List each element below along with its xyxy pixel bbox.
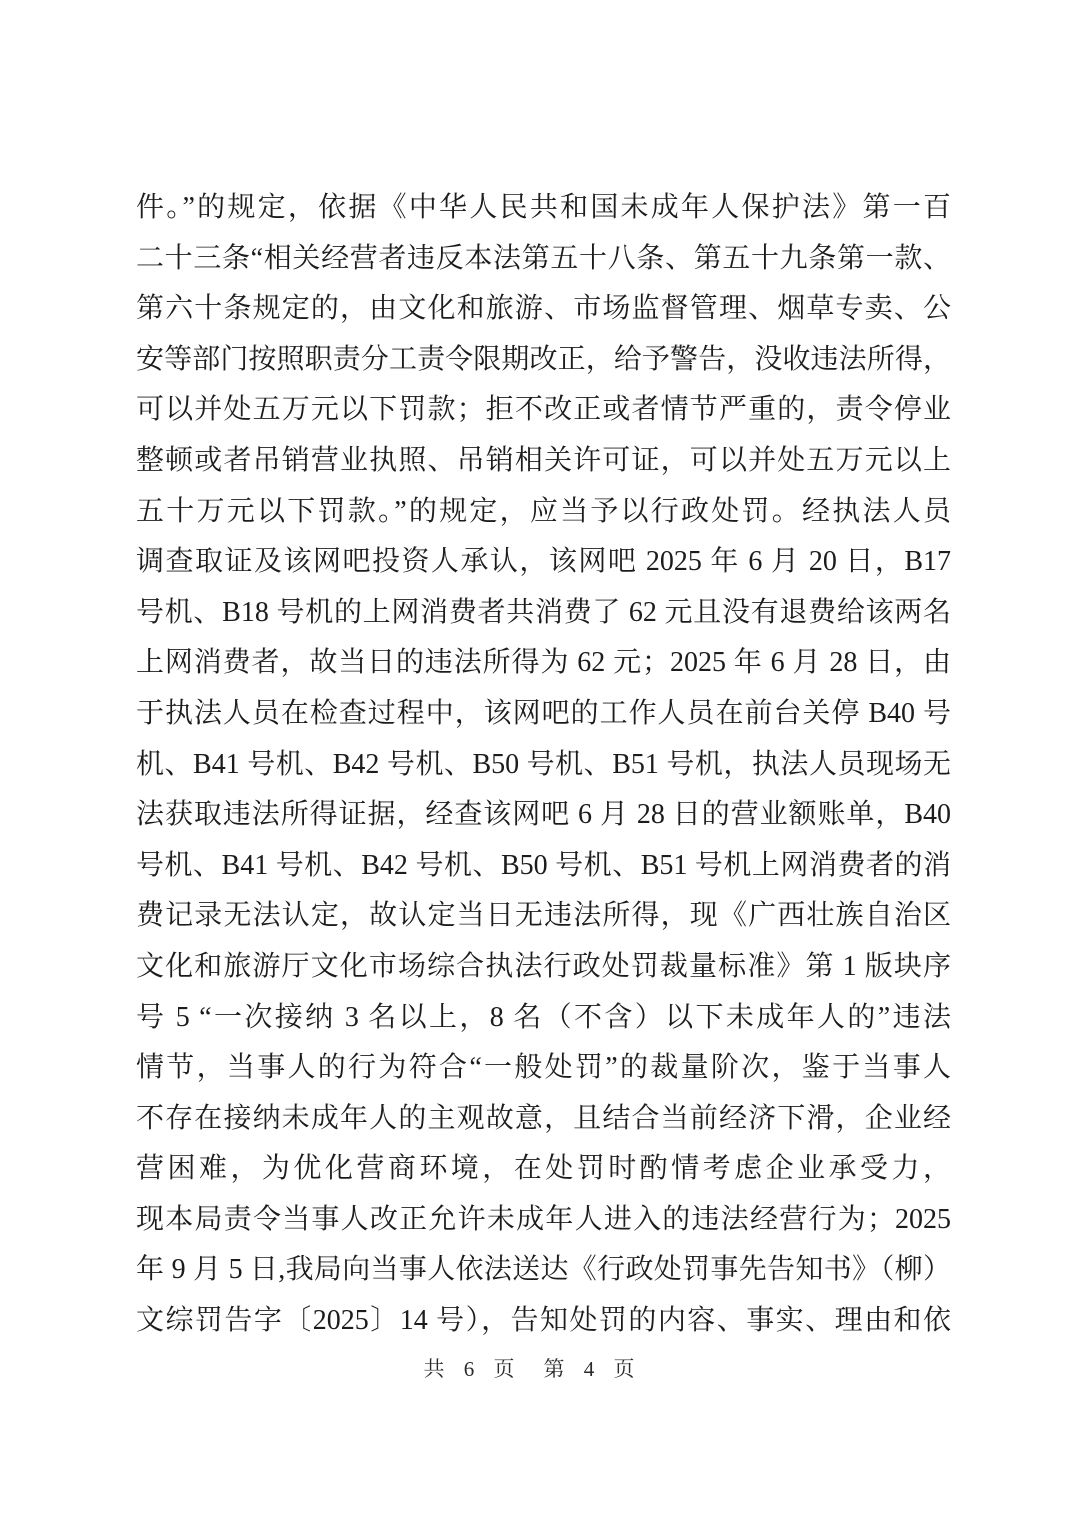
text-line: 号 5 “一次接纳 3 名以上，8 名（不含）以下未成年人的”违法 xyxy=(136,993,951,1044)
text-line: 件。”的规定，依据《中华人民共和国未成年人保护法》第一百 xyxy=(136,183,951,234)
page-footer: 共 6 页 第 4 页 xyxy=(136,1352,926,1386)
text-line: 费记录无法认定，故认定当日无违法所得，现《广西壮族自治区 xyxy=(136,891,951,942)
text-line: 二十三条“相关经营者违反本法第五十八条、第五十九条第一款、 xyxy=(136,234,951,285)
text-line: 安等部门按照职责分工责令限期改正，给予警告，没收违法所得， xyxy=(136,335,951,386)
text-line: 文化和旅游厅文化市场综合执法行政处罚裁量标准》第 1 版块序 xyxy=(136,942,951,993)
text-line: 上网消费者，故当日的违法所得为 62 元；2025 年 6 月 28 日，由 xyxy=(136,638,951,689)
text-line: 情节，当事人的行为符合“一般处罚”的裁量阶次，鉴于当事人 xyxy=(136,1043,951,1094)
text-line: 文综罚告字〔2025〕14 号），告知处罚的内容、事实、理由和依 xyxy=(136,1296,951,1347)
text-line: 年 9 月 5 日,我局向当事人依法送达《行政处罚事先告知书》（柳） xyxy=(136,1245,951,1296)
text-line: 第六十条规定的，由文化和旅游、市场监督管理、烟草专卖、公 xyxy=(136,284,951,335)
text-line: 不存在接纳未成年人的主观故意，且结合当前经济下滑，企业经 xyxy=(136,1094,951,1145)
document-page: 件。”的规定，依据《中华人民共和国未成年人保护法》第一百 二十三条“相关经营者违… xyxy=(0,0,1074,1520)
text-line: 整顿或者吊销营业执照、吊销相关许可证，可以并处五万元以上 xyxy=(136,436,951,487)
text-line: 号机、B18 号机的上网消费者共消费了 62 元且没有退费给该两名 xyxy=(136,588,951,639)
text-line: 调查取证及该网吧投资人承认，该网吧 2025 年 6 月 20 日，B17 xyxy=(136,537,951,588)
text-line: 机、B41 号机、B42 号机、B50 号机、B51 号机，执法人员现场无 xyxy=(136,740,951,791)
text-line: 现本局责令当事人改正允许未成年人进入的违法经营行为；2025 xyxy=(136,1195,951,1246)
text-line: 法获取违法所得证据，经查该网吧 6 月 28 日的营业额账单，B40 xyxy=(136,790,951,841)
text-line: 可以并处五万元以下罚款；拒不改正或者情节严重的，责令停业 xyxy=(136,385,951,436)
text-line: 号机、B41 号机、B42 号机、B50 号机、B51 号机上网消费者的消 xyxy=(136,841,951,892)
text-line: 于执法人员在检查过程中，该网吧的工作人员在前台关停 B40 号 xyxy=(136,689,951,740)
text-line: 五十万元以下罚款。”的规定，应当予以行政处罚。经执法人员 xyxy=(136,487,951,538)
text-line: 营困难，为优化营商环境，在处罚时酌情考虑企业承受力， xyxy=(136,1144,951,1195)
document-body: 件。”的规定，依据《中华人民共和国未成年人保护法》第一百 二十三条“相关经营者违… xyxy=(136,183,951,1347)
